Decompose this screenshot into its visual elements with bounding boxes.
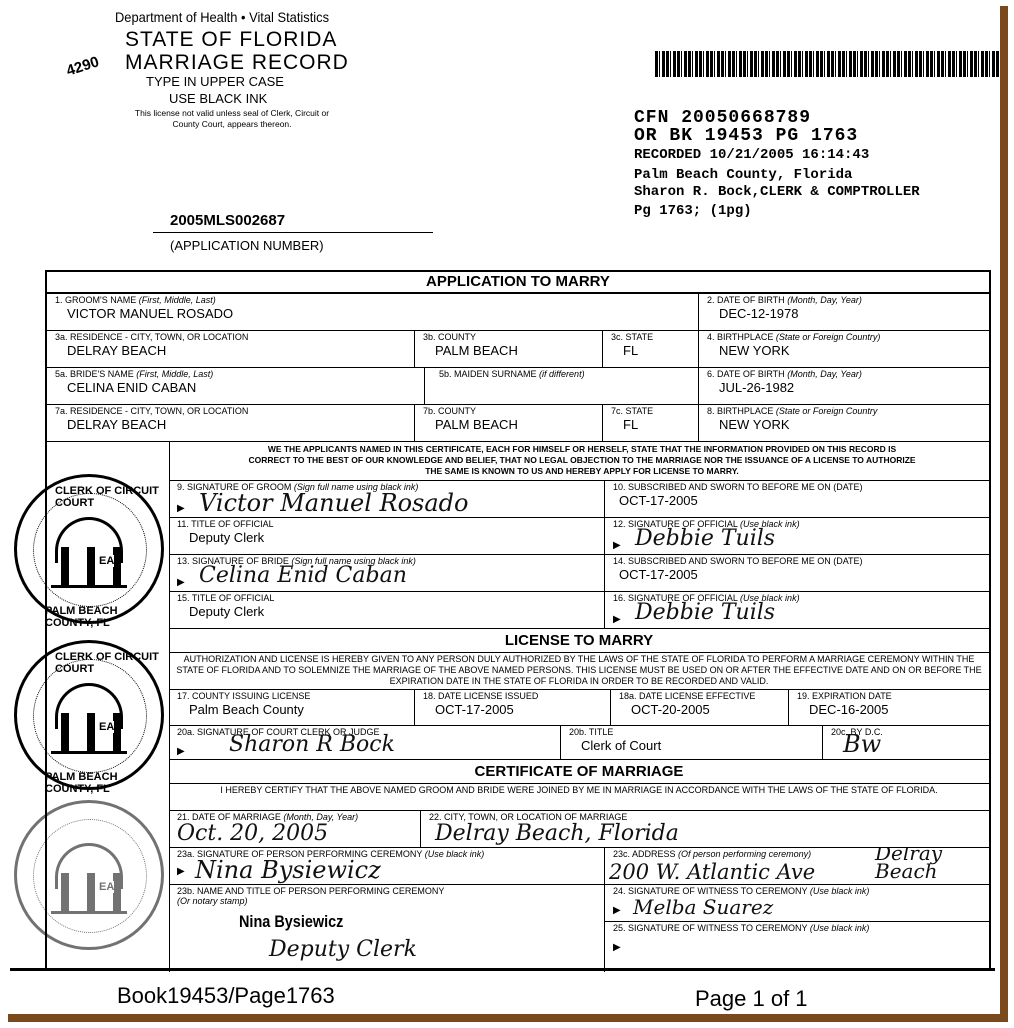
field-expiration-date: 19. EXPIRATION DATE DEC-16-2005 bbox=[789, 690, 989, 726]
field-official-signature-2: 16. SIGNATURE OF OFFICIAL (Use black ink… bbox=[605, 592, 989, 629]
recording-county: Palm Beach County, Florida bbox=[634, 167, 852, 183]
field-witness-2: 25. SIGNATURE OF WITNESS TO CEREMONY (Us… bbox=[605, 922, 989, 968]
recording-clerk: Sharon R. Bock,CLERK & COMPTROLLER bbox=[634, 184, 920, 200]
application-number: 2005MLS002687 bbox=[170, 212, 285, 229]
field-bride-dob: 6. DATE OF BIRTH (Month, Day, Year) JUL-… bbox=[699, 368, 989, 405]
section-certificate-of-marriage: CERTIFICATE OF MARRIAGE bbox=[169, 761, 989, 784]
field-witness-1: 24. SIGNATURE OF WITNESS TO CEREMONY (Us… bbox=[605, 885, 989, 922]
page-shadow bbox=[1000, 6, 1008, 1020]
field-officiant-signature: 23a. SIGNATURE OF PERSON PERFORMING CERE… bbox=[169, 848, 605, 885]
field-bride-maiden-surname: 5b. MAIDEN SURNAME (if different) bbox=[425, 368, 699, 405]
field-groom-name: 1. GROOM'S NAME (First, Middle, Last) VI… bbox=[47, 294, 699, 331]
application-number-label: (APPLICATION NUMBER) bbox=[170, 238, 324, 253]
field-groom-residence: 3a. RESIDENCE - CITY, TOWN, OR LOCATION … bbox=[47, 331, 415, 368]
type-instruction: TYPE IN UPPER CASE bbox=[146, 74, 284, 89]
field-clerk-signature: 20a. SIGNATURE OF COURT CLERK OR JUDGE ▶… bbox=[169, 726, 561, 760]
field-date-effective: 18a. DATE LICENSE EFFECTIVE OCT-20-2005 bbox=[611, 690, 789, 726]
groom-name-value: VICTOR MANUEL ROSADO bbox=[67, 306, 690, 321]
recording-pages: Pg 1763; (1pg) bbox=[634, 203, 752, 219]
barcode bbox=[655, 51, 1000, 77]
field-official-title-2: 15. TITLE OF OFFICIAL Deputy Clerk bbox=[169, 592, 605, 629]
field-bride-sworn-date: 14. SUBSCRIBED AND SWORN TO BEFORE ME ON… bbox=[605, 555, 989, 592]
page-shadow bbox=[8, 1014, 1008, 1022]
field-groom-birthplace: 4. BIRTHPLACE (State or Foreign Country)… bbox=[699, 331, 989, 368]
ink-instruction: USE BLACK INK bbox=[169, 91, 267, 106]
record-heading: MARRIAGE RECORD bbox=[125, 51, 349, 75]
field-groom-sworn-date: 10. SUBSCRIBED AND SWORN TO BEFORE ME ON… bbox=[605, 481, 989, 518]
groom-signature: Victor Manuel Rosado bbox=[199, 489, 468, 517]
field-marriage-location: 22. CITY, TOWN, OR LOCATION OF MARRIAGE … bbox=[421, 811, 989, 848]
department-heading: Department of Health • Vital Statistics bbox=[115, 9, 329, 25]
certificate-statement: I HEREBY CERTIFY THAT THE ABOVE NAMED GR… bbox=[175, 785, 983, 796]
section-license-to-marry: LICENSE TO MARRY bbox=[169, 630, 989, 653]
section-application-to-marry: APPLICATION TO MARRY bbox=[47, 272, 989, 294]
field-groom-dob: 2. DATE OF BIRTH (Month, Day, Year) DEC-… bbox=[699, 294, 989, 331]
field-deputy-clerk: 20c. BY D.C. Bw bbox=[823, 726, 989, 760]
footer-page-count: Page 1 of 1 bbox=[695, 986, 808, 1012]
field-bride-name: 5a. BRIDE'S NAME (First, Middle, Last) C… bbox=[47, 368, 425, 405]
field-groom-signature: 9. SIGNATURE OF GROOM (Sign full name us… bbox=[169, 481, 605, 518]
recording-timestamp: RECORDED 10/21/2005 16:14:43 bbox=[634, 147, 869, 163]
footer-book-page: Book19453/Page1763 bbox=[117, 983, 335, 1009]
stamp-number: 4290 bbox=[64, 53, 101, 79]
validity-note: This license not valid unless seal of Cl… bbox=[132, 108, 332, 130]
field-bride-birthplace: 8. BIRTHPLACE (State or Foreign Country … bbox=[699, 405, 989, 442]
field-official-signature-1: 12. SIGNATURE OF OFFICIAL (Use black ink… bbox=[605, 518, 989, 555]
applicant-statement: WE THE APPLICANTS NAMED IN THIS CERTIFIC… bbox=[247, 444, 917, 477]
field-date-issued: 18. DATE LICENSE ISSUED OCT-17-2005 bbox=[415, 690, 611, 726]
license-statement: AUTHORIZATION AND LICENSE IS HEREBY GIVE… bbox=[175, 654, 983, 687]
field-groom-state: 3c. STATE FL bbox=[603, 331, 699, 368]
bride-signature: Celina Enid Caban bbox=[199, 563, 407, 588]
field-bride-state: 7c. STATE FL bbox=[603, 405, 699, 442]
state-heading: STATE OF FLORIDA bbox=[125, 28, 337, 52]
page-bottom-rule bbox=[10, 968, 995, 971]
field-date-of-marriage: 21. DATE OF MARRIAGE (Month, Day, Year) … bbox=[169, 811, 421, 848]
marriage-record-form: APPLICATION TO MARRY 1. GROOM'S NAME (Fi… bbox=[45, 270, 991, 970]
field-officiant-address: 23c. ADDRESS (Of person performing cerem… bbox=[605, 848, 989, 885]
application-number-underline bbox=[153, 232, 433, 233]
field-bride-residence: 7a. RESIDENCE - CITY, TOWN, OR LOCATION … bbox=[47, 405, 415, 442]
field-official-title-1: 11. TITLE OF OFFICIAL Deputy Clerk bbox=[169, 518, 605, 555]
document-page: Department of Health • Vital Statistics … bbox=[0, 0, 1000, 1014]
field-officiant-name-title: 23b. NAME AND TITLE OF PERSON PERFORMING… bbox=[169, 885, 605, 972]
recording-cfn: CFN 20050668789 bbox=[634, 108, 811, 128]
field-bride-county: 7b. COUNTY PALM BEACH bbox=[415, 405, 603, 442]
groom-dob-value: DEC-12-1978 bbox=[719, 306, 981, 321]
officiant-name: Nina Bysiewicz bbox=[239, 912, 542, 932]
recording-book-page: OR BK 19453 PG 1763 bbox=[634, 126, 858, 146]
field-clerk-title: 20b. TITLE Clerk of Court bbox=[561, 726, 823, 760]
field-bride-signature: 13. SIGNATURE OF BRIDE (Sign full name u… bbox=[169, 555, 605, 592]
field-county-issuing: 17. COUNTY ISSUING LICENSE Palm Beach Co… bbox=[169, 690, 415, 726]
field-groom-county: 3b. COUNTY PALM BEACH bbox=[415, 331, 603, 368]
